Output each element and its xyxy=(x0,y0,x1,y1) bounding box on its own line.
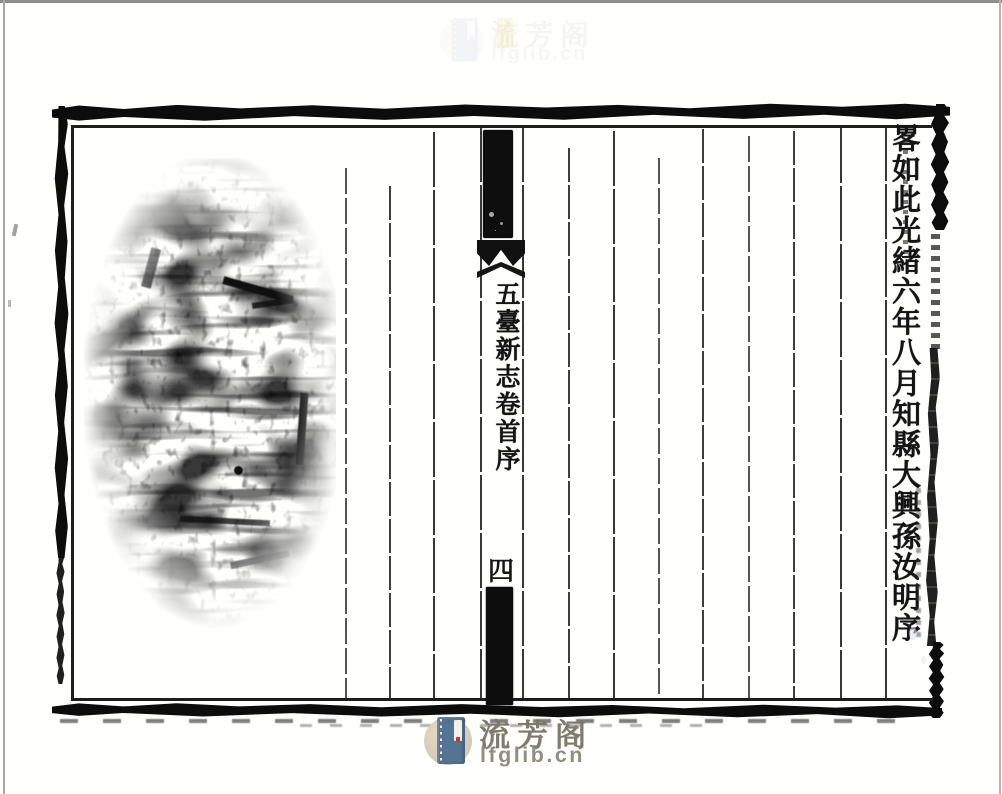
scan-edge-line-left xyxy=(3,0,5,794)
column-rule xyxy=(613,131,615,698)
inner-frame-line-top xyxy=(71,125,932,128)
stitched-book-icon xyxy=(452,18,478,61)
page-border-left-lower xyxy=(56,552,65,684)
scanner-color-artifact xyxy=(909,627,917,640)
fold-title: 五臺新志卷首序 xyxy=(478,280,524,475)
scan-edge-line-top xyxy=(0,0,1002,3)
column-rule xyxy=(568,148,570,698)
watermark-domain: lfglib.cn xyxy=(480,743,585,768)
watermark-top-faint: 流芳阁 lfglib.cn xyxy=(425,8,673,85)
ink-smudge-area xyxy=(84,158,336,663)
scan-edge-line-right xyxy=(999,0,1001,794)
page-border-right-speckle xyxy=(931,234,940,350)
ink-stray-mark xyxy=(12,224,18,237)
page-border-right-upper xyxy=(930,104,950,230)
fishtail-chevron-icon xyxy=(477,262,525,278)
ink-blot xyxy=(234,466,243,475)
book-stitch-detail xyxy=(440,719,442,762)
ink-speckle-column xyxy=(903,140,908,256)
column-rule xyxy=(793,131,795,698)
column-rule xyxy=(658,158,660,698)
column-rule xyxy=(389,186,391,698)
ink-smudge-texture xyxy=(84,158,336,663)
ink-stray-mark xyxy=(8,300,11,307)
page-border-left xyxy=(54,106,69,558)
scanner-color-artifact xyxy=(921,656,926,664)
fold-black-bar-top xyxy=(483,130,513,238)
column-rule xyxy=(748,136,750,698)
scanned-book-page-viewer: 流芳阁 lfglib.cn 五臺新志卷首序 四 畧如此光緒六年八月知縣大興孫汝明… xyxy=(0,0,1002,794)
page-number: 四 xyxy=(480,551,522,585)
fold-black-bar-bottom xyxy=(486,587,513,705)
book-seal-mark xyxy=(456,737,460,742)
watermark-domain: lfglib.cn xyxy=(491,42,588,65)
watermark-bottom: 流芳阁 lfglib.cn xyxy=(408,706,678,790)
column-rule xyxy=(702,129,704,698)
column-rule xyxy=(840,128,842,698)
book-seal-mark xyxy=(469,37,473,41)
ink-speckle-column xyxy=(916,488,921,638)
page-border-top xyxy=(52,102,950,122)
page-border-right-lower xyxy=(928,642,945,718)
stitched-book-icon xyxy=(437,717,465,764)
column-rule xyxy=(433,132,435,698)
page-border-right-streak xyxy=(925,348,940,646)
column-rule xyxy=(345,168,347,698)
inner-frame-line-left xyxy=(71,125,74,701)
book-stitch-detail xyxy=(454,20,455,60)
